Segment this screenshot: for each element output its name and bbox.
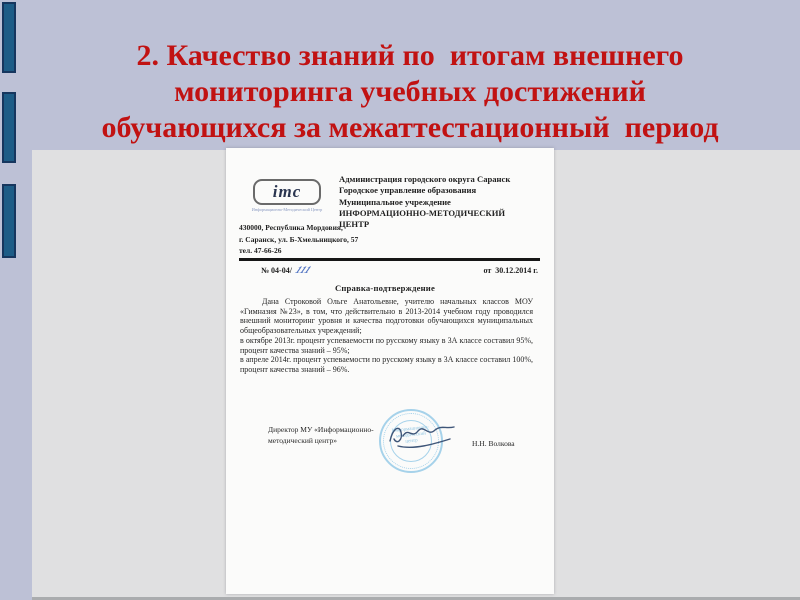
left-accent-bar bbox=[2, 92, 16, 163]
handwritten-number: 111 bbox=[293, 265, 313, 276]
signatory-position-line: методический центр» bbox=[268, 436, 388, 447]
org-address-line: тел. 47-66-26 bbox=[239, 245, 399, 257]
imc-logo: imc bbox=[253, 179, 321, 205]
reference-row: № 04-04/111 от 30.12.2014 г. bbox=[239, 265, 540, 277]
org-header-line: Муниципальное учреждение bbox=[339, 197, 549, 208]
slide-title: 2. Качество знаний по итогам внешнего мо… bbox=[36, 38, 784, 146]
org-address-line: г. Саранск, ул. Б-Хмельницкого, 57 bbox=[239, 234, 399, 246]
left-accent-bar bbox=[2, 184, 16, 258]
org-header-line: Администрация городского округа Саранск bbox=[339, 174, 549, 185]
presentation-slide: 2. Качество знаний по итогам внешнего мо… bbox=[0, 0, 800, 600]
signatory-position-line: Директор МУ «Информационно- bbox=[268, 425, 388, 436]
imc-logo-text: imc bbox=[273, 182, 302, 202]
org-address-line: 430000, Республика Мордовия, bbox=[239, 222, 399, 234]
org-header-line: ИНФОРМАЦИОННО-МЕТОДИЧЕСКИЙ bbox=[339, 208, 549, 219]
scanned-letter: imc Информационно-Методический Центр Адм… bbox=[226, 148, 554, 594]
signatory-name: Н.Н. Волкова bbox=[472, 439, 515, 448]
slide-title-line-3: обучающихся за межаттестационный период bbox=[36, 110, 784, 146]
slide-title-line-2: мониторинга учебных достижений bbox=[36, 74, 784, 110]
left-accent-bar bbox=[2, 2, 16, 73]
letterhead-divider bbox=[239, 258, 540, 261]
reference-number: № 04-04/ bbox=[261, 266, 292, 275]
letter-heading: Справка-подтверждение bbox=[226, 283, 544, 293]
org-address: 430000, Республика Мордовия, г. Саранск,… bbox=[239, 222, 399, 257]
signatory-position: Директор МУ «Информационно- методический… bbox=[268, 425, 388, 446]
slide-title-line-1: 2. Качество знаний по итогам внешнего bbox=[36, 38, 784, 74]
letter-body: Дана Строковой Ольге Анатольевне, учител… bbox=[240, 297, 533, 375]
letter-paragraph: в апреле 2014г. процент успеваемости по … bbox=[240, 355, 533, 374]
signature-scrawl bbox=[384, 419, 462, 455]
letter-paragraph: Дана Строковой Ольге Анатольевне, учител… bbox=[240, 297, 533, 336]
letter-paragraph: в октябре 2013г. процент успеваемости по… bbox=[240, 336, 533, 355]
imc-logo-caption: Информационно-Методический Центр bbox=[235, 208, 339, 212]
letter-date: от 30.12.2014 г. bbox=[483, 266, 538, 275]
org-header-line: Городское управление образования bbox=[339, 185, 549, 196]
